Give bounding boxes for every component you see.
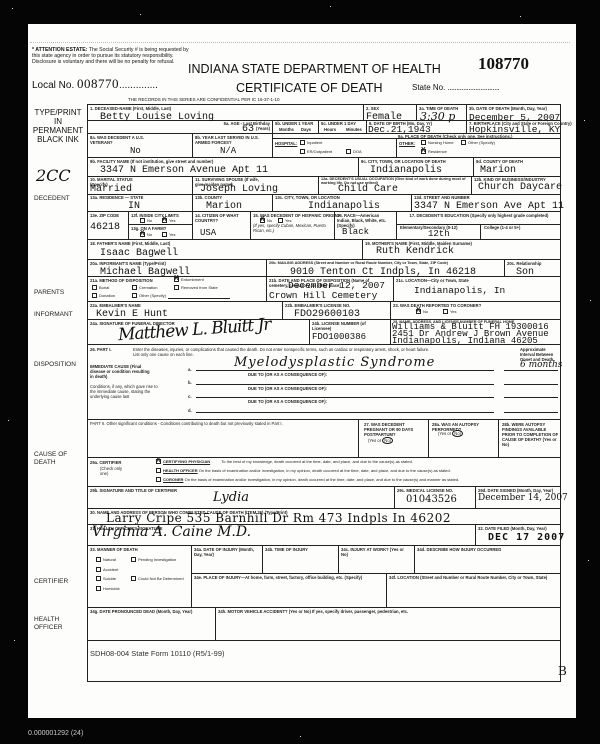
label-part-1: 26. PART I. <box>90 347 112 352</box>
label-underlying-conditions: Conditions, if any, which gave rise to t… <box>90 384 160 399</box>
occupation: Child Care <box>338 184 398 195</box>
relationship-value: Son <box>516 267 534 278</box>
industry: Church Daycare <box>478 182 562 193</box>
attention-estate-notice: * ATTENTION ESTATE: The Social Security … <box>32 48 192 65</box>
checkbox-nursing-box[interactable] <box>421 140 426 145</box>
checkbox-residence[interactable]: Residence <box>421 149 447 154</box>
label-deceased-name: 1. DECEASED-NAME (First, Middle, Last) <box>90 106 171 111</box>
label-hours: Hours <box>324 127 336 132</box>
checkbox-inpatient-box[interactable] <box>300 140 305 145</box>
city-limits-no-box[interactable] <box>140 218 145 223</box>
local-no-dots: .............. <box>119 80 158 91</box>
confidential-note: THE RECORDS IN THIS SERIES ARE CONFIDENT… <box>128 97 280 102</box>
residence-state: IN <box>128 201 140 212</box>
type-print-label: TYPE/PRINT <box>30 108 86 117</box>
burial-box[interactable] <box>92 285 97 290</box>
checkbox-other-place[interactable]: Other (Specify) <box>461 140 495 145</box>
officer-label: OFFICER <box>34 624 63 632</box>
surviving-spouse: Joseph Loving <box>200 184 278 195</box>
other-disposition-box[interactable] <box>132 293 137 298</box>
date-signed: December 14, 2007 <box>478 493 568 503</box>
checkbox-doa-box[interactable] <box>346 149 351 154</box>
label-residence-city: 13c. CITY, TOWN, OR LOCATION <box>275 195 340 200</box>
label-date-of-injury: 34a. DATE OF INJURY (Month, Day, Year) <box>194 547 260 557</box>
label-embalmer-name: 22a. EMBALMER'S NAME <box>90 303 141 308</box>
label-relationship: 20c. Relationship <box>507 261 541 266</box>
section-label-cause-of-death: CAUSE OF DEATH <box>34 451 67 466</box>
black-ink-label: BLACK INK <box>30 135 86 144</box>
section-label-informant: INFORMANT <box>34 311 73 319</box>
label-other: OTHER: <box>399 141 415 146</box>
label-city-of-death: 9c. CITY, TOWN, OR LOCATION OF DEATH <box>361 159 446 164</box>
label-motor-vehicle-accident: 34h. MOTOR VEHICLE ACCIDENT? (Yes or No)… <box>218 609 408 614</box>
state-no-dots: .............................. <box>448 83 500 92</box>
city-limits-no[interactable]: No <box>140 218 152 223</box>
coroner-yes[interactable]: Yes <box>443 309 457 314</box>
city-limits-no-label: No <box>147 218 152 223</box>
medical-license: 01043526 <box>406 494 457 505</box>
label-father-name: 18. FATHER'S NAME (First, Middle, Last) <box>90 241 170 246</box>
city-of-death: Indianapolis <box>370 165 442 176</box>
manner-pending[interactable]: Pending Investigation <box>131 557 186 562</box>
label-informant-name: 20a. INFORMANT'S NAME (Type/Print) <box>90 261 166 266</box>
death-certificate-page: * ATTENTION ESTATE: The Social Security … <box>28 24 576 718</box>
section-label-disposition: DISPOSITION <box>34 361 76 369</box>
line-c-marker: c. <box>188 394 192 399</box>
label-on-a-farm: 13g. ON A FARM? <box>131 226 166 231</box>
certifying-physician-box-checked[interactable] <box>156 459 161 464</box>
embalmer-license: FDO29600103 <box>294 309 360 320</box>
cause-completer: Larry Cripe 535 Barnhill Dr Rm 473 Indpl… <box>106 511 451 525</box>
removed-box[interactable] <box>174 285 179 290</box>
form-identifier: SDH08-004 State Form 10110 (R5/1-99) <box>90 649 225 658</box>
year-served-value: N/A <box>220 146 236 157</box>
label-sex: 2. SEX <box>366 106 379 111</box>
suicide-label: Suicide <box>103 576 116 581</box>
homicide-box[interactable] <box>96 586 101 591</box>
natural-box[interactable] <box>96 557 101 562</box>
embalmer-name: Kevin E Hunt <box>96 309 168 320</box>
scan-identifier: 0.000001292 (24) <box>28 730 83 737</box>
city-limits-yes[interactable]: Yes <box>162 218 176 223</box>
interval-a: 6 months <box>520 360 562 370</box>
natural-label: Natural <box>103 557 116 562</box>
checkbox-er-outpatient[interactable]: ER/Outpatient <box>300 149 332 154</box>
top-dotted-line <box>30 42 570 43</box>
informant-address: 9010 Tenton Ct Indpls, In 46218 <box>290 267 476 278</box>
city-limits-yes-box-checked[interactable] <box>162 218 167 223</box>
farm-yes[interactable]: Yes <box>162 232 176 237</box>
director-license: FDO1000386 <box>312 332 366 343</box>
local-number: Local No. 008770.............. <box>32 76 158 92</box>
residence-label: Residence <box>428 149 447 154</box>
label-county-of-death: 9d. COUNTY OF DEATH <box>476 159 523 164</box>
label-residence-state: 13a. RESIDENCE — STATE <box>90 195 143 200</box>
deceased-name: Betty Louise Loving <box>100 112 214 123</box>
label-embalmer-license: 22b. EMBALMER'S LICENSE NO. <box>285 303 350 308</box>
facility-value: 3347 N Emerson Avenue Apt 11 <box>100 165 268 176</box>
state-no-label: State No. <box>412 83 445 92</box>
death-label: DEATH <box>34 459 67 467</box>
county-of-death: Marion <box>480 165 516 176</box>
disposition-entombment[interactable]: Entombment <box>174 277 204 282</box>
undetermined-box[interactable] <box>131 576 136 581</box>
label-hospital: HOSPITAL: <box>275 141 297 146</box>
label-minutes: Minutes <box>346 127 362 132</box>
zip-code: 46218 <box>90 222 120 233</box>
farm-no[interactable]: No <box>140 232 152 237</box>
health-officer-statement: On the basis of examination and/or inves… <box>199 468 451 473</box>
checkbox-inpatient[interactable]: Inpatient <box>300 140 322 145</box>
line-d-marker: d. <box>188 408 192 413</box>
donation-box[interactable] <box>92 293 97 298</box>
coroner-certifier-box[interactable] <box>156 477 161 482</box>
pregnant-options: (Yes or <box>368 438 381 443</box>
label-director-license: 24b. LICENSE NUMBER (of Licensee) <box>312 321 386 331</box>
label-autopsy-findings: 28b. WERE AUTOPSY FINDINGS AVAILABLE PRI… <box>502 422 560 447</box>
suicide-box[interactable] <box>96 576 101 581</box>
due-to-a: DUE TO (OR AS A CONSEQUENCE OF): <box>248 372 327 377</box>
certifying-physician-label: CERTIFYING PHYSICIAN <box>163 459 210 464</box>
type-print-instruction: TYPE/PRINT IN PERMANENT BLACK INK <box>30 108 86 144</box>
disposition-other[interactable]: Other (Specify) <box>132 293 166 298</box>
in-label: IN <box>30 117 86 126</box>
health-label: HEALTH <box>34 616 63 624</box>
accident-label: Accident <box>103 567 118 572</box>
form-title: CERTIFICATE OF DEATH <box>236 81 383 95</box>
label-injury-location: 34f. LOCATION (Street and Number or Rura… <box>389 575 559 580</box>
farm-yes-box[interactable] <box>162 232 167 237</box>
label-date-pronounced-dead: 34g. DATE PRONOUNCED DEAD (Month, Day, Y… <box>90 609 192 614</box>
label-zip: 13e. ZIP CODE <box>90 213 119 218</box>
residence-street: 3347 N Emerson Ave Apt 11 <box>414 201 564 212</box>
manner-natural[interactable]: Natural <box>96 557 116 562</box>
education-value: 12th <box>428 229 450 240</box>
cremation-box[interactable] <box>132 285 137 290</box>
label-certifier-signature: 29b. SIGNATURE AND TITLE OF CERTIFIER <box>90 488 177 493</box>
disposition-burial[interactable]: Burial <box>92 285 109 290</box>
label-residence-street: 13d. STREET AND NUMBER <box>414 195 470 200</box>
er-label: ER/Outpatient <box>307 149 332 154</box>
pregnant-no-circled: No) <box>382 437 393 444</box>
label-under-1-year: 5b. UNDER 1 YEAR <box>275 121 313 126</box>
coroner-no-label: No <box>423 309 428 314</box>
farm-yes-label: Yes <box>169 232 176 237</box>
farm-no-box-checked[interactable] <box>140 232 145 237</box>
autopsy-no-circled: No) <box>452 430 463 437</box>
checkbox-er-box[interactable] <box>300 149 305 154</box>
label-medical-license: 29c. MEDICAL LICENSE NO. <box>397 488 453 493</box>
city-limits-yes-label: Yes <box>169 218 176 223</box>
burial-label: Burial <box>99 285 109 290</box>
label-residence-county: 13b. COUNTY <box>195 195 222 200</box>
citizen-country: USA <box>200 228 216 239</box>
label-disposition-method: 21a. METHOD OF DISPOSITION <box>90 278 153 283</box>
certifier-signature: Lydia <box>213 490 249 505</box>
section-label-certifier: CERTIFIER <box>34 578 68 586</box>
section-label-parents: PARENTS <box>34 289 64 297</box>
manner-suicide[interactable]: Suicide <box>96 576 116 581</box>
residence-county: Marion <box>206 201 242 212</box>
due-to-b: DUE TO (OR AS A CONSEQUENCE OF): <box>248 386 327 391</box>
donation-label: Donation <box>99 293 115 298</box>
certifier-health-officer[interactable]: HEALTH OFFICER On the basis of examinati… <box>156 468 451 473</box>
pregnant-answer: (Yes or No) <box>368 437 393 444</box>
label-time-of-injury: 34b. TIME OF INJURY <box>265 547 335 552</box>
funeral-home-city: Indianapolis, Indiana 46205 <box>392 338 549 345</box>
state-number: State No. .............................. <box>412 83 499 92</box>
other-disposition-label: Other (Specify) <box>139 293 166 298</box>
nursing-label: Nursing Home <box>428 140 454 145</box>
coroner-yes-box[interactable] <box>443 309 448 314</box>
physician-statement: To the best of my knowledge, death occur… <box>221 459 413 464</box>
autopsy-options: (Yes or <box>438 431 451 436</box>
form-title-agency: INDIANA STATE DEPARTMENT OF HEALTH <box>188 62 441 76</box>
undetermined-label: Could Not Be Determined <box>138 576 184 581</box>
coroner-no[interactable]: No <box>416 309 428 314</box>
pending-label: Pending Investigation <box>138 557 176 562</box>
hispanic-note: (If yes, specify Cuban, Mexican, Puerto … <box>253 223 331 233</box>
health-officer-signature: Virginia A. Caine M.D. <box>92 524 251 540</box>
accident-box[interactable] <box>96 567 101 572</box>
coroner-statement: On the basis of examination and/or inves… <box>185 477 460 482</box>
checkbox-doa[interactable]: DOA <box>346 149 362 154</box>
label-disposition-location: 21c. LOCATION—City or Town, State <box>396 278 469 283</box>
label-date-of-death: 3b. DATE OF DEATH (Month, Day, Year) <box>469 106 547 111</box>
disposition-cremation[interactable]: Cremation <box>132 285 157 290</box>
handwritten-copies-note: 2CC <box>36 166 71 185</box>
label-immediate-cause: IMMEDIATE CAUSE (Final disease or condit… <box>90 364 152 379</box>
label-pregnant: 27. WAS DECEDENT PREGNANT OR 90 DAYS POS… <box>364 422 426 437</box>
certifier-coroner[interactable]: CORONER On the basis of examination and/… <box>156 477 459 482</box>
local-no-value: 008770 <box>77 76 119 91</box>
label-under-1-day: 5c. UNDER 1 DAY <box>321 121 356 126</box>
race-value: Black <box>342 227 369 238</box>
checkbox-other-box[interactable] <box>461 140 466 145</box>
local-no-label: Local No. <box>32 80 74 91</box>
section-label-health-officer: HEALTH OFFICER <box>34 616 63 631</box>
label-part-2: PART II. Other significant conditions - … <box>90 421 283 426</box>
due-to-c: DUE TO (OR AS A CONSEQUENCE OF): <box>248 399 327 404</box>
section-label-decedent: DECEDENT <box>34 195 70 203</box>
veteran-value: No <box>130 146 141 157</box>
corner-initial-mark: B <box>558 664 567 678</box>
homicide-label: Homicide <box>103 586 120 591</box>
label-year-served: 8b. YEAR LAST SERVED IN U.S. ARMED FORCE… <box>195 135 265 145</box>
inpatient-label: Inpatient <box>307 140 322 145</box>
coroner-no-box-checked[interactable] <box>416 309 421 314</box>
other-label: Other (Specify) <box>468 140 495 145</box>
label-citizen: 14. CITIZEN OF WHAT COUNTRY? <box>195 213 247 223</box>
disposition-removed[interactable]: Removed from State <box>174 285 218 290</box>
checkbox-nursing-home[interactable]: Nursing Home <box>421 140 454 145</box>
label-months: Months <box>279 127 294 132</box>
cremation-label: Cremation <box>139 285 157 290</box>
removed-label: Removed from State <box>181 285 218 290</box>
permanent-label: PERMANENT <box>30 126 86 135</box>
label-place-of-injury: 34e. PLACE OF INJURY—At home, farm, stre… <box>194 575 382 580</box>
label-race: 16. RACE—American Indian, Black, White, … <box>337 213 393 228</box>
certifier-check-one: (Check only one) <box>100 466 130 476</box>
manner-homicide[interactable]: Homicide <box>96 586 120 591</box>
certifier-physician[interactable]: CERTIFYING PHYSICIAN To the best of my k… <box>156 459 413 464</box>
father-name: Isaac Bagwell <box>100 248 178 259</box>
label-college: College (1-4 or 5+) <box>484 225 520 230</box>
pending-box[interactable] <box>131 557 136 562</box>
label-describe-injury: 34d. DESCRIBE HOW INJURY OCCURRED <box>417 547 501 552</box>
health-officer-label: HEALTH OFFICER <box>163 468 198 473</box>
label-days: Days <box>301 127 311 132</box>
manner-undetermined[interactable]: Could Not Be Determined <box>131 576 186 581</box>
label-reported-to-coroner: 23. WAS DEATH REPORTED TO CORONER? <box>393 303 481 308</box>
label-certifier: 29a. CERTIFIER <box>90 460 121 465</box>
label-date-filed: 32. DATE FILED (Month, Day, Year) <box>478 526 547 531</box>
entombment-box-checked[interactable] <box>174 277 179 282</box>
line-a-marker: a. <box>188 367 192 372</box>
label-injury-at-work: 34c. INJURY AT WORK? (Yes or No) <box>341 547 411 557</box>
farm-no-label: No <box>147 232 152 237</box>
cause-of-label: CAUSE OF <box>34 451 67 459</box>
immediate-cause-a: Myelodysplastic Syndrome <box>234 355 435 370</box>
marital-status: Married <box>90 184 132 195</box>
label-facility: 9b. FACILITY NAME (If not institution, g… <box>90 159 213 164</box>
disposition-location: Indianapolis, In <box>414 285 505 296</box>
coroner-yes-label: Yes <box>450 309 457 314</box>
label-informant-address: 20b. MAILING ADDRESS (Street and Number … <box>269 261 448 266</box>
doa-label: DOA <box>353 149 362 154</box>
funeral-home-block: Williams & Bluitt FH 19300016 2451 Dr An… <box>392 324 549 345</box>
manner-accident[interactable]: Accident <box>96 567 118 572</box>
autopsy-answer: (Yes or No) <box>438 430 463 437</box>
age-value: 63 <box>242 124 254 135</box>
checkbox-residence-box-checked[interactable] <box>421 149 426 154</box>
line-b-marker: b. <box>188 380 192 385</box>
disposition-place: Crown Hill Cemetery <box>269 290 377 301</box>
mother-name: Ruth Kendrick <box>376 246 454 257</box>
health-officer-box[interactable] <box>156 468 161 473</box>
coroner-certifier-label: CORONER <box>163 477 183 482</box>
entombment-label: Entombment <box>181 277 204 282</box>
label-veteran: 8a. WAS DECEDENT A U.S. VETERAN? <box>90 135 150 145</box>
date-filed-stamp: DEC 17 2007 <box>488 532 565 543</box>
residence-city: Indianapolis <box>308 201 380 212</box>
label-education: 17. DECEDENT'S EDUCATION (Specify only h… <box>400 213 558 218</box>
label-place-of-death: 9a. PLACE OF DEATH (Check only one. See … <box>398 134 512 139</box>
label-manner-of-death: 33. MANNER OF DEATH <box>90 547 138 552</box>
certificate-number: 108770 <box>478 54 529 74</box>
disposition-donation[interactable]: Donation <box>92 293 115 298</box>
